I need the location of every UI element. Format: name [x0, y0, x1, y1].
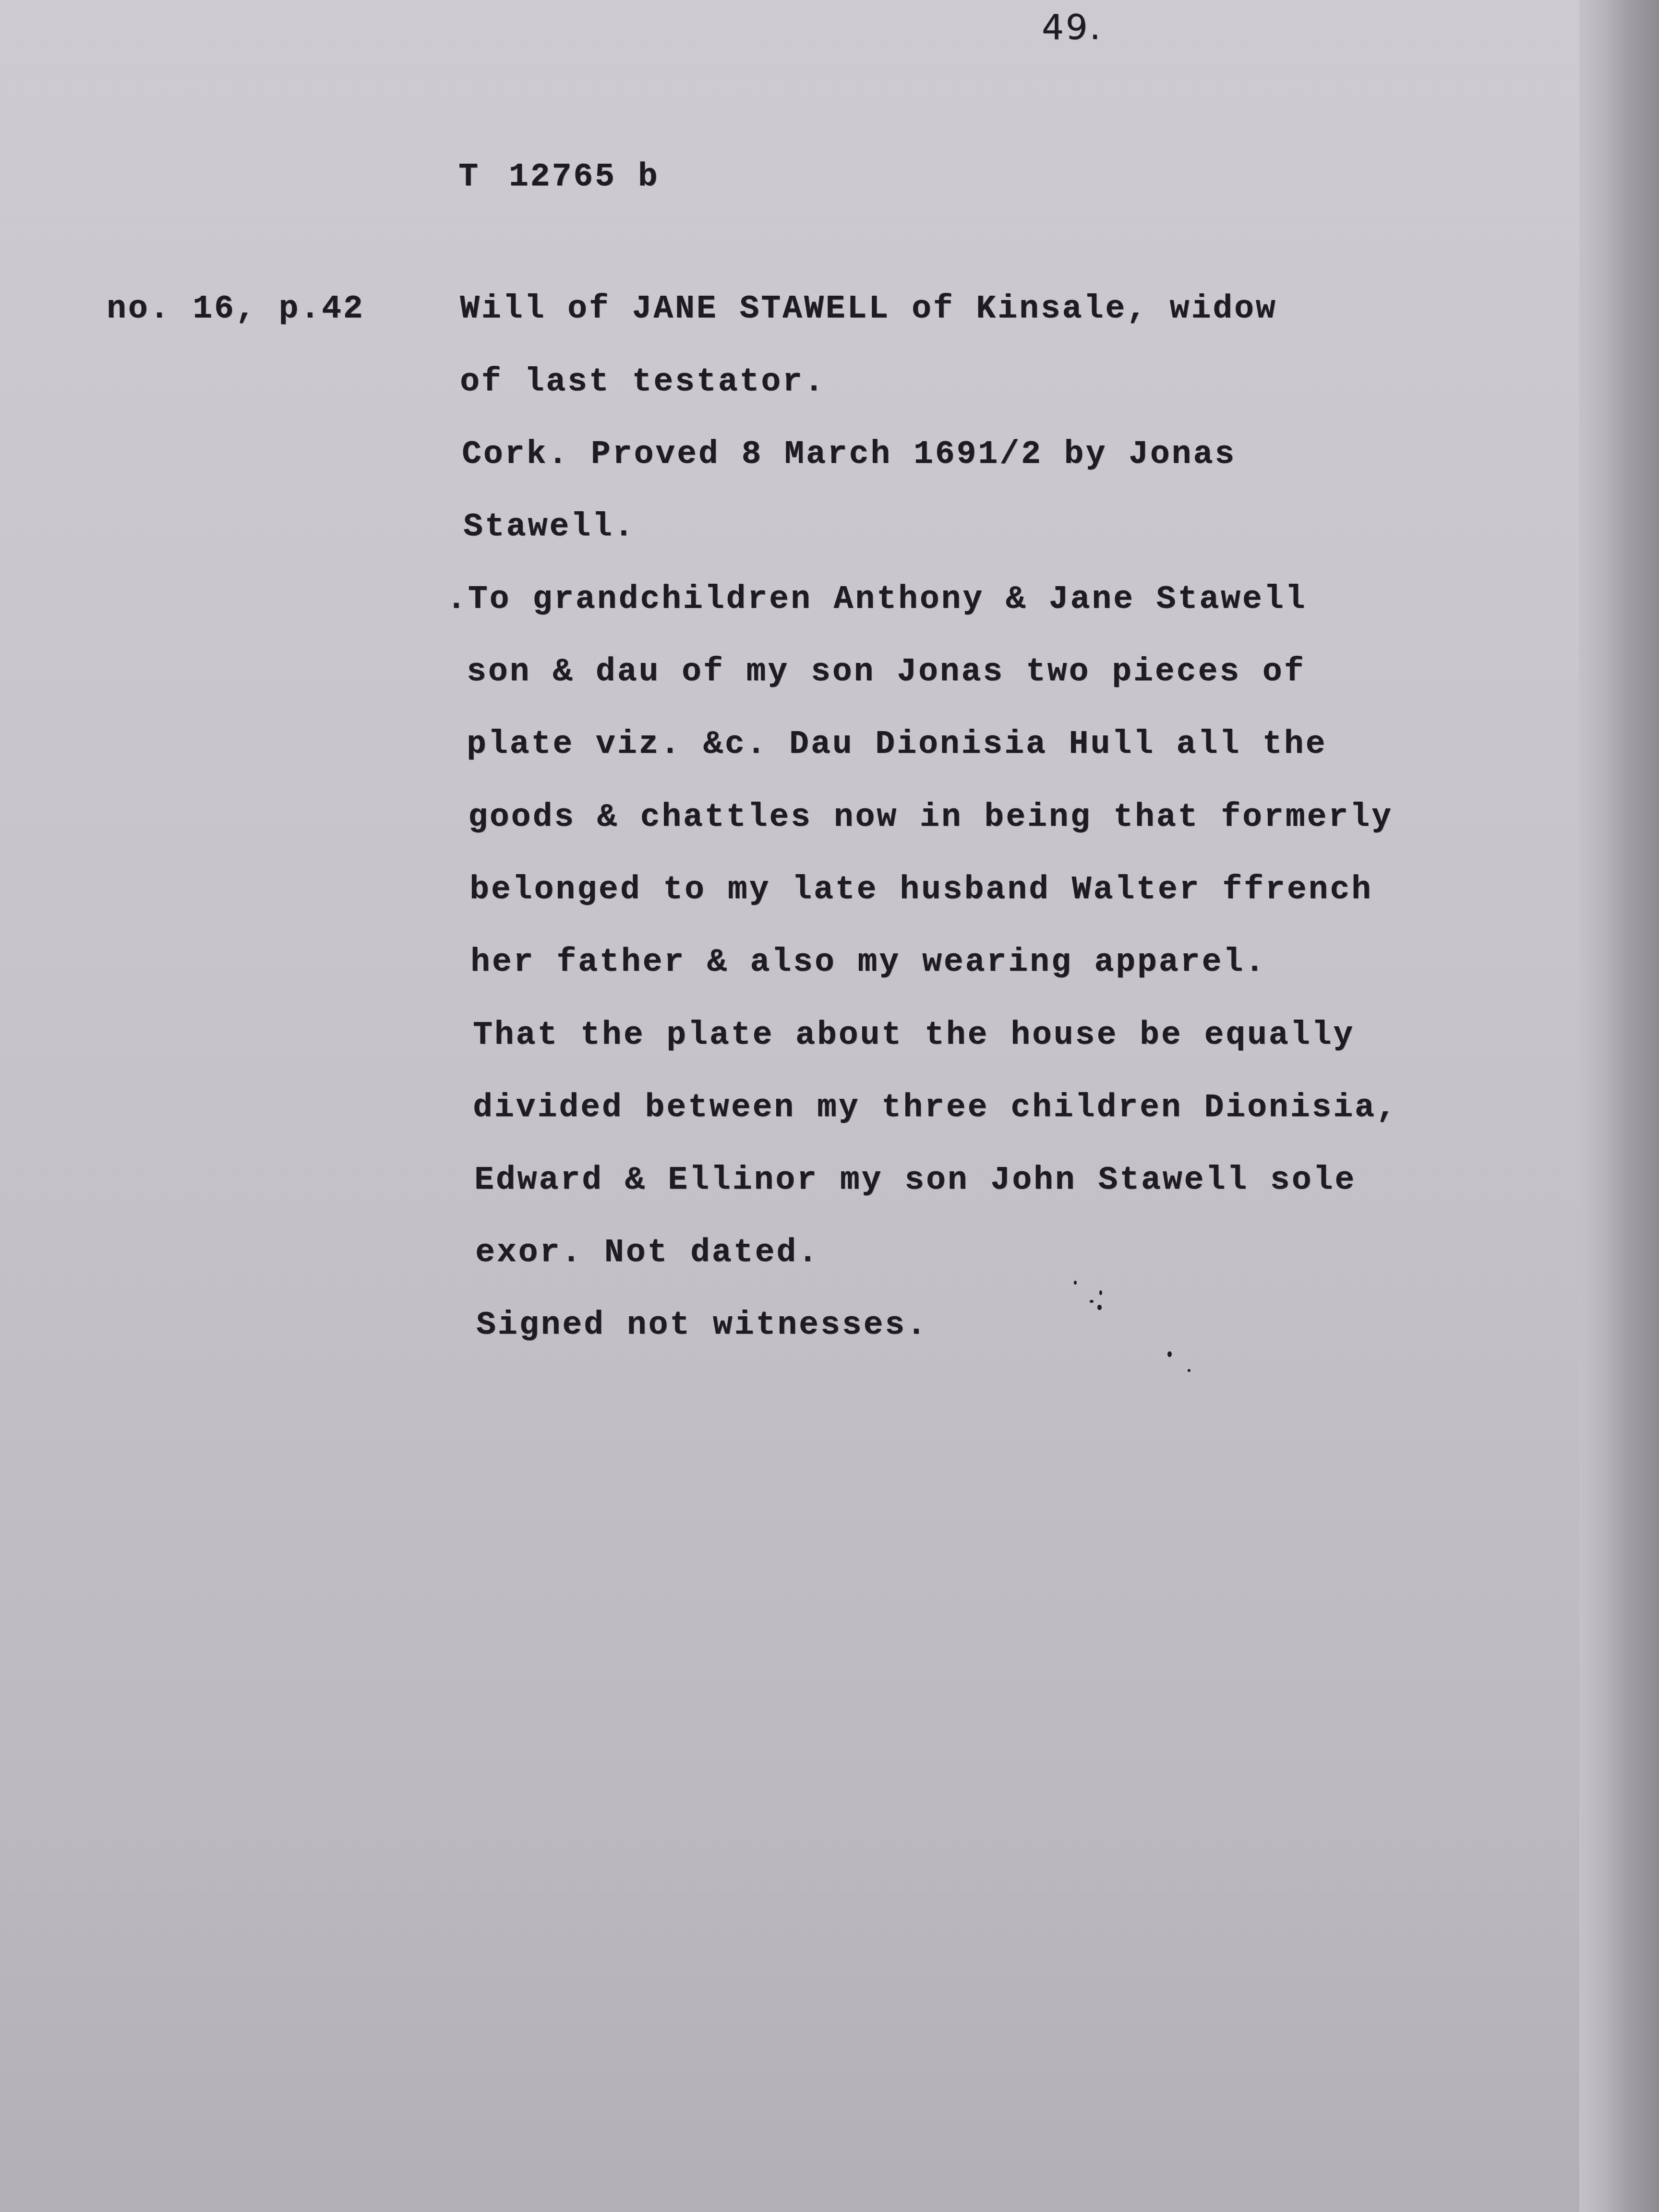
document-page: 49. T12765 b no. 16, p.42 Will of JANE S…	[0, 0, 1579, 2212]
body-line: son & dau of my son Jonas two pieces of	[467, 653, 1305, 690]
page-stack-edge	[1579, 0, 1659, 2212]
body-line: Cork. Proved 8 March 1691/2 by Jonas	[462, 436, 1236, 473]
body-line: of last testator.	[460, 363, 826, 400]
body-line: Signed not witnesses.	[476, 1307, 928, 1344]
body-line: .To grandchildren Anthony & Jane Stawell	[446, 581, 1307, 618]
ink-speck	[1097, 1305, 1102, 1310]
ink-speck	[1167, 1351, 1172, 1357]
body-line: goods & chattles now in being that forme…	[468, 799, 1393, 836]
body-line: That the plate about the house be equall…	[473, 1017, 1355, 1054]
body-line: Stawell.	[463, 508, 635, 545]
reference-code: T12765 b	[458, 158, 659, 195]
ink-speck	[1090, 1300, 1094, 1303]
body-line: Will of JANE STAWELL of Kinsale, widow	[460, 290, 1277, 327]
page-number: 49.	[1042, 7, 1103, 47]
body-line: Edward & Ellinor my son John Stawell sol…	[474, 1162, 1356, 1199]
ink-speck	[1188, 1369, 1190, 1372]
margin-reference: no. 16, p.42	[107, 290, 365, 327]
reference-number: 12765	[509, 158, 616, 195]
body-line: belonged to my late husband Walter ffren…	[469, 871, 1373, 908]
ink-speck	[1099, 1290, 1102, 1295]
body-line: her father & also my wearing apparel.	[470, 944, 1266, 981]
reference-suffix: b	[638, 158, 660, 195]
body-line: divided between my three children Dionis…	[473, 1089, 1398, 1126]
body-line: exor. Not dated.	[475, 1234, 819, 1271]
body-line: plate viz. &c. Dau Dionisia Hull all the	[467, 726, 1327, 763]
reference-prefix: T	[458, 158, 480, 195]
ink-speck	[1074, 1281, 1077, 1285]
